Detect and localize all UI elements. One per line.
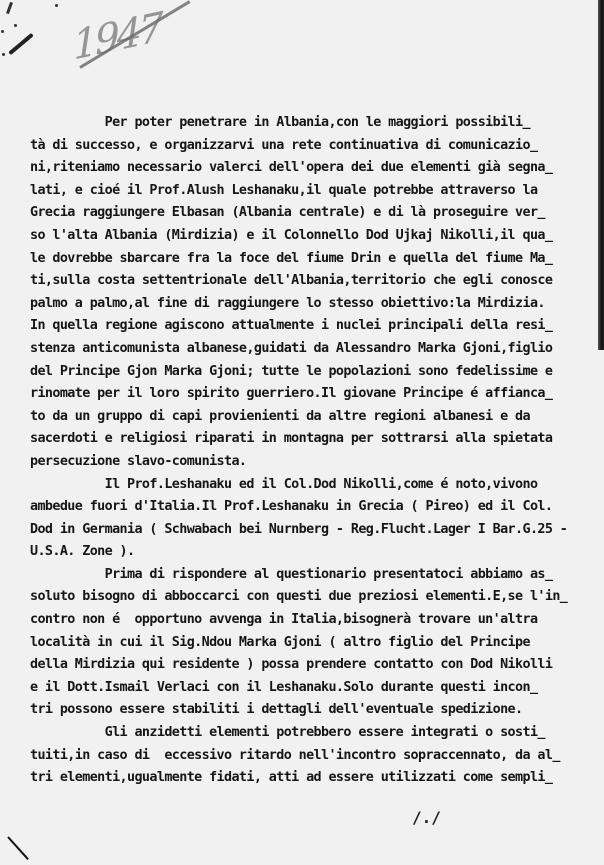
- text-line: ti,sulla costa settentrionale dell'Alban…: [30, 270, 600, 293]
- text-line: ambedue fuori d'Italia.Il Prof.Leshanaku…: [30, 496, 600, 519]
- text-line: tà di successo, e organizzarvi una rete …: [30, 135, 600, 158]
- text-line: della Mirdizia qui residente ) possa pre…: [30, 654, 600, 677]
- page-continuation-mark: /./: [412, 808, 441, 827]
- handwritten-year-annotation: 1947: [72, 4, 161, 69]
- text-line: Prima di rispondere al questionario pres…: [30, 564, 600, 587]
- text-line: Gli anzidetti elementi potrebbero essere…: [30, 722, 600, 745]
- text-line: tri elementi,ugualmente fidati, atti ad …: [30, 767, 600, 790]
- text-line: persecuzione slavo-comunista.: [30, 451, 600, 474]
- text-line: tuiti,in caso di eccessivo ritardo nell'…: [30, 745, 600, 768]
- ink-speck: [1, 30, 4, 33]
- text-line: ni,riteniamo necessario valerci dell'ope…: [30, 157, 600, 180]
- text-line: so l'alta Albania (Mirdizia) e il Colonn…: [30, 225, 600, 248]
- document-page: 1947 Per poter penetrare in Albania,con …: [0, 0, 604, 865]
- text-line: lati, e cioé il Prof.Alush Leshanaku,il …: [30, 180, 600, 203]
- text-line: Per poter penetrare in Albania,con le ma…: [30, 112, 600, 135]
- text-line: palmo a palmo,al fine di raggiungere lo …: [30, 293, 600, 316]
- text-line: U.S.A. Zone ).: [30, 541, 600, 564]
- text-line: Grecia raggiungere Elbasan (Albania cent…: [30, 202, 600, 225]
- ink-stroke-mark: [8, 33, 34, 55]
- text-line: to da un gruppo di capi provienienti da …: [30, 406, 600, 429]
- corner-pen-mark: [7, 836, 29, 860]
- text-line: stenza anticomunista albanese,guidati da…: [30, 338, 600, 361]
- text-line: località in cui il Sig.Ndou Marka Gjoni …: [30, 632, 600, 655]
- text-line: In quella regione agiscono attualmente i…: [30, 315, 600, 338]
- text-line: Dod in Germania ( Schwabach bei Nurnberg…: [30, 519, 600, 542]
- typewritten-body: Per poter penetrare in Albania,con le ma…: [30, 112, 600, 790]
- ink-stroke-mark: [6, 2, 13, 14]
- text-line: tri possono essere stabiliti i dettagli …: [30, 699, 600, 722]
- text-line: e il Dott.Ismail Verlaci con il Leshanak…: [30, 677, 600, 700]
- ink-speck: [14, 24, 17, 27]
- text-line: sacerdoti e religiosi riparati in montag…: [30, 428, 600, 451]
- text-line: contro non é opportuno avvenga in Italia…: [30, 609, 600, 632]
- ink-speck: [2, 53, 5, 56]
- text-line: del Principe Gjon Marka Gjoni; tutte le …: [30, 361, 600, 384]
- ink-speck: [55, 4, 58, 7]
- text-line: soluto bisogno di abboccarci con questi …: [30, 586, 600, 609]
- text-line: rinomate per il loro spirito guerriero.I…: [30, 383, 600, 406]
- text-line: le dovrebbe sbarcare fra la foce del fiu…: [30, 248, 600, 271]
- text-line: Il Prof.Leshanaku ed il Col.Dod Nikolli,…: [30, 474, 600, 497]
